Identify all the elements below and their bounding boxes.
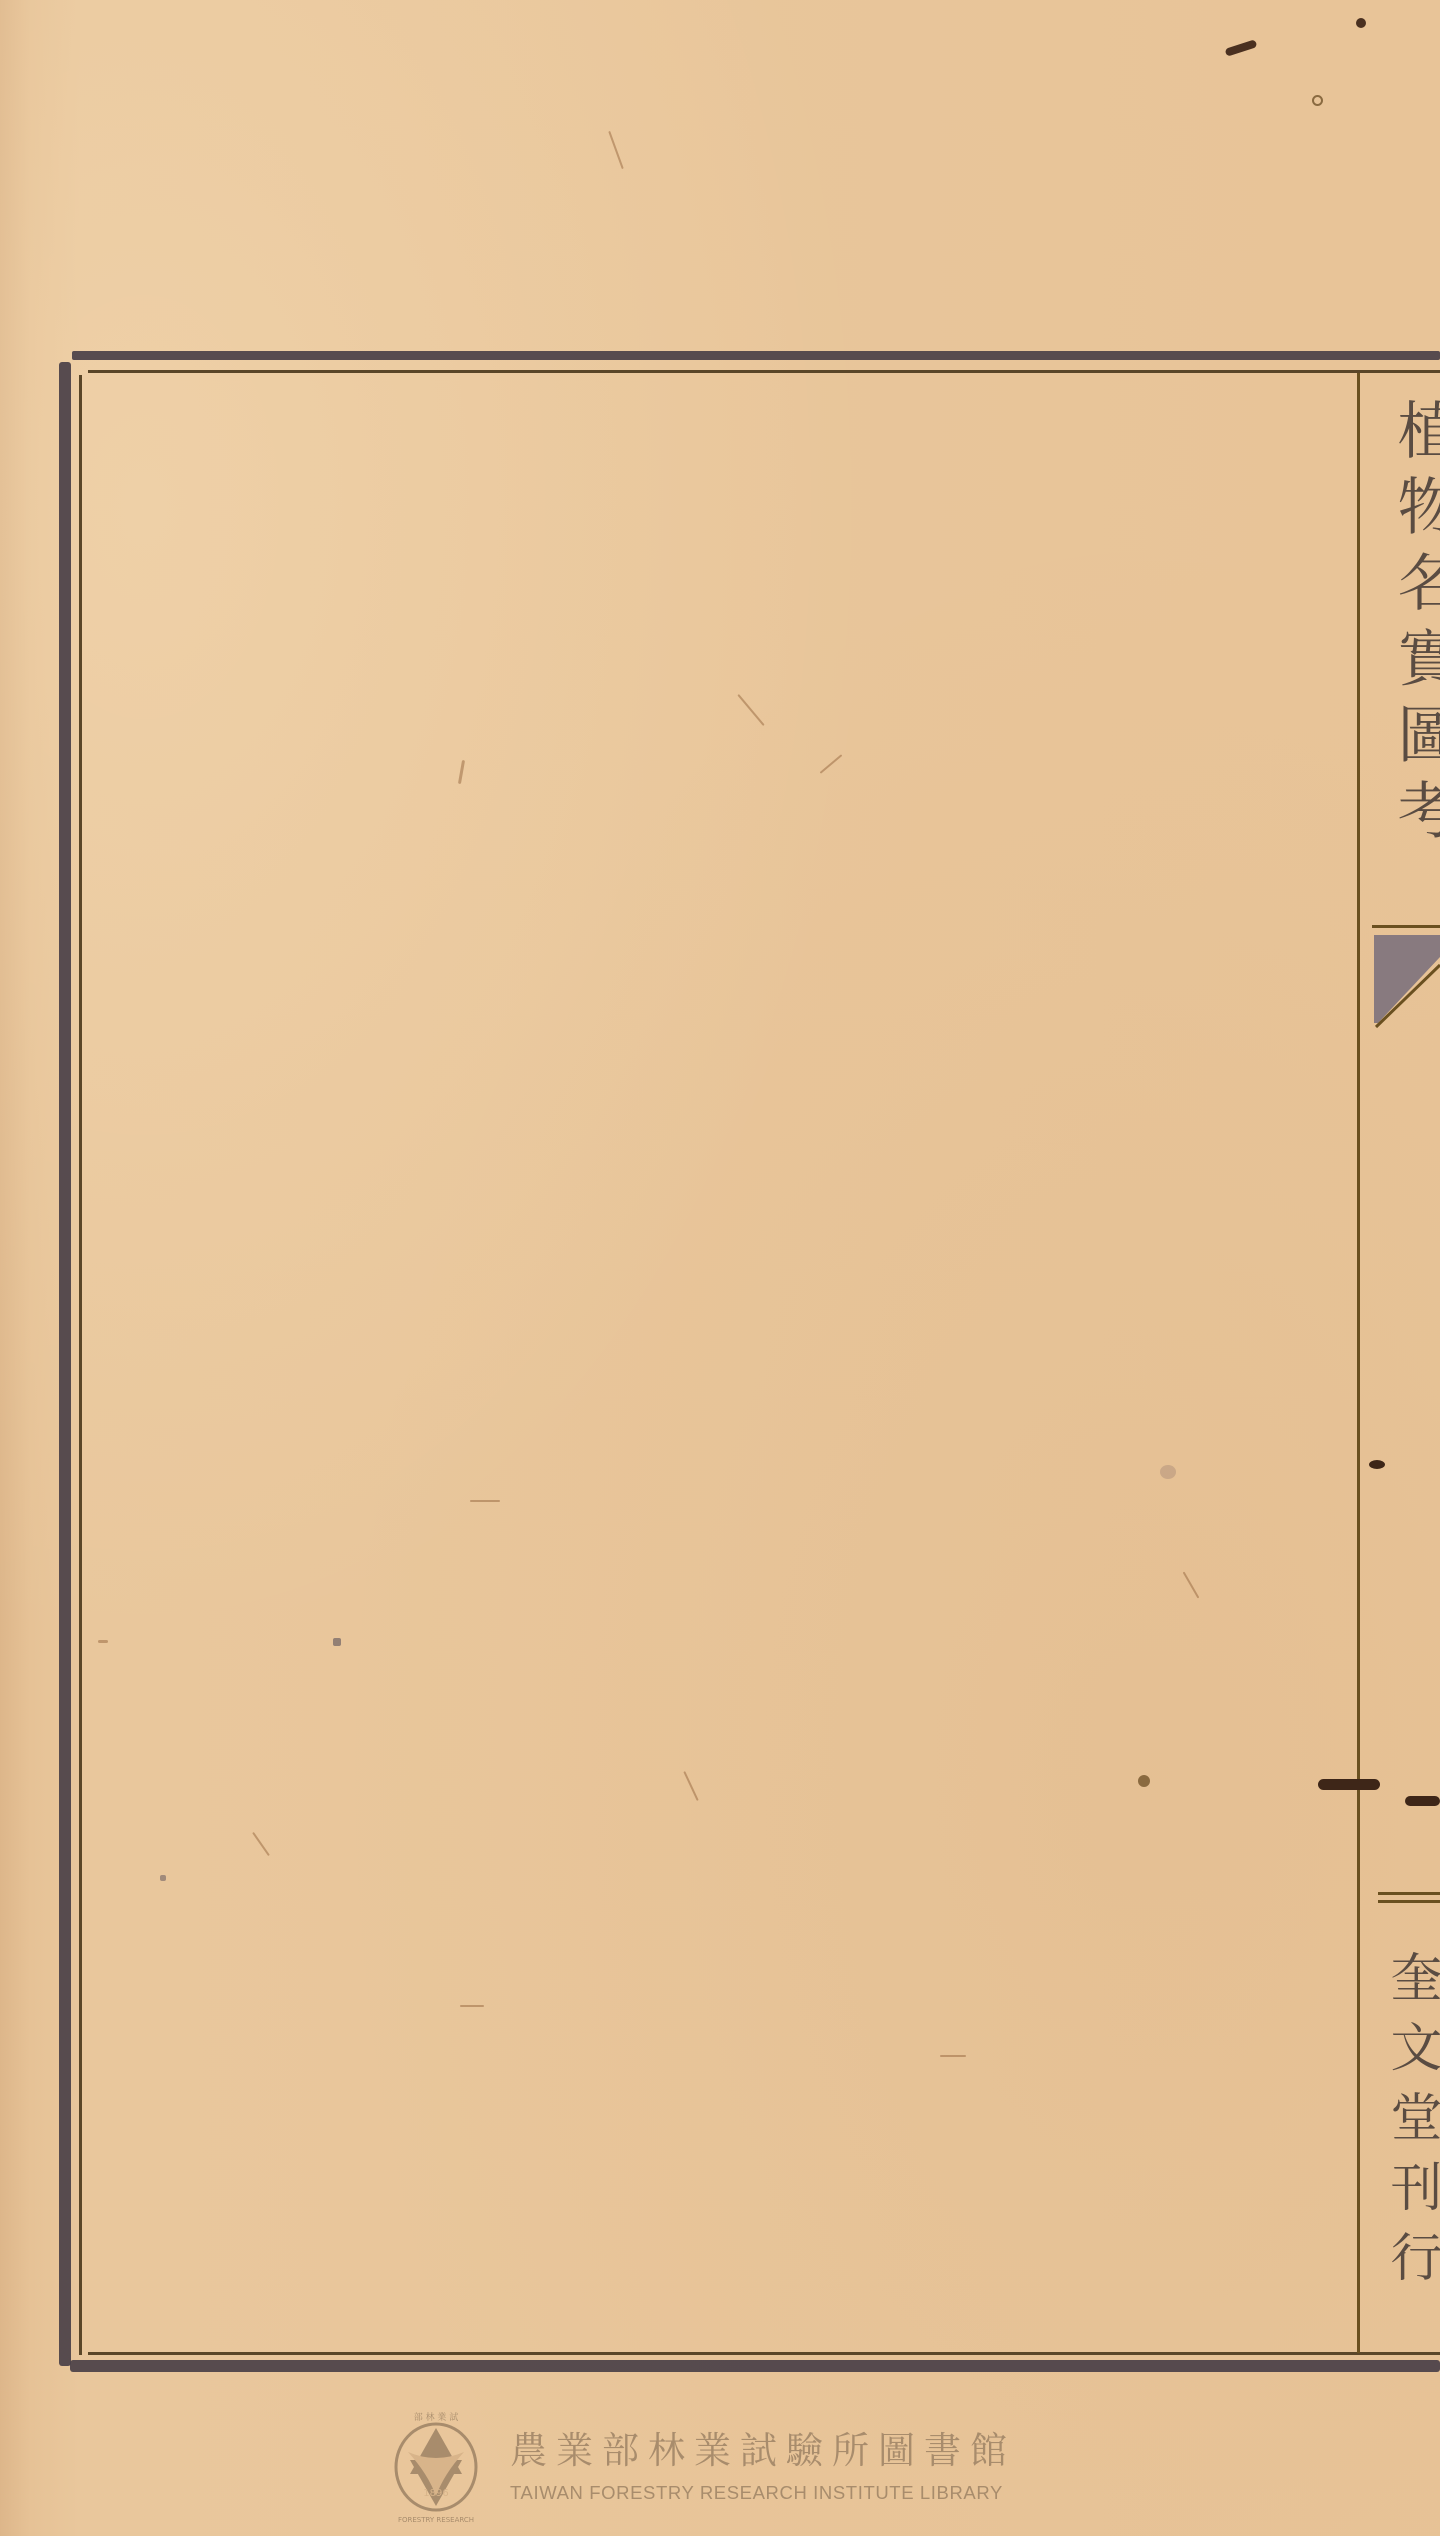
paper-fleck	[460, 2005, 484, 2007]
paper-fleck	[252, 1832, 270, 1856]
paper-fleck	[458, 760, 465, 784]
scanned-page: 植物名實圖考 奎文堂刊行 1896 部 林 業 試 FORESTRY R	[0, 0, 1440, 2536]
frame-bottom-border	[70, 2360, 1440, 2372]
fishtail-top-rule	[1372, 925, 1440, 928]
library-name-chinese: 農業部林業試驗所圖書館	[510, 2430, 1016, 2472]
publisher-vertical: 奎文堂刊行	[1385, 1950, 1437, 2300]
svg-text:FORESTRY RESEARCH: FORESTRY RESEARCH	[398, 2516, 474, 2524]
library-watermark: 1896 部 林 業 試 FORESTRY RESEARCH 農業部林業試驗所圖…	[380, 2408, 1016, 2526]
paper-fleck	[608, 131, 624, 169]
paper-fleck	[1160, 1465, 1176, 1479]
center-column-divider	[1357, 373, 1360, 2353]
ink-blot	[1318, 1779, 1380, 1790]
tfri-seal-icon: 1896 部 林 業 試 FORESTRY RESEARCH	[380, 2408, 492, 2526]
ink-blot	[1225, 39, 1258, 56]
ink-blot	[1138, 1775, 1150, 1787]
frame-left-border	[59, 362, 71, 2366]
ink-blot	[1356, 18, 1366, 28]
paper-fleck	[820, 754, 843, 774]
paper-fleck	[1183, 1572, 1200, 1599]
frame-top-border	[72, 351, 1440, 360]
ink-blot	[1312, 95, 1323, 106]
publisher-top-rule	[1378, 1892, 1440, 1895]
fishtail-marker-icon	[1372, 935, 1440, 1030]
library-name-english: TAIWAN FORESTRY RESEARCH INSTITUTE LIBRA…	[510, 2482, 1016, 2504]
paper-fleck	[98, 1640, 108, 1643]
frame-bottom-inner-rule	[88, 2352, 1440, 2355]
publisher-top-rule-2	[1378, 1900, 1440, 1903]
frame-left-inner-rule	[79, 375, 82, 2355]
book-title-vertical: 植物名實圖考	[1392, 398, 1440, 854]
svg-text:1896: 1896	[423, 2488, 448, 2499]
ink-blot	[1405, 1796, 1440, 1806]
paper-fleck	[333, 1638, 341, 1646]
ink-blot	[1369, 1460, 1385, 1469]
paper-fleck	[470, 1500, 500, 1502]
frame-top-inner-rule	[88, 370, 1440, 373]
paper-fleck	[940, 2055, 966, 2057]
svg-text:部 林 業 試: 部 林 業 試	[414, 2411, 459, 2423]
paper-fleck	[160, 1875, 166, 1881]
paper-fleck	[683, 1771, 698, 1801]
paper-fleck	[737, 694, 764, 726]
